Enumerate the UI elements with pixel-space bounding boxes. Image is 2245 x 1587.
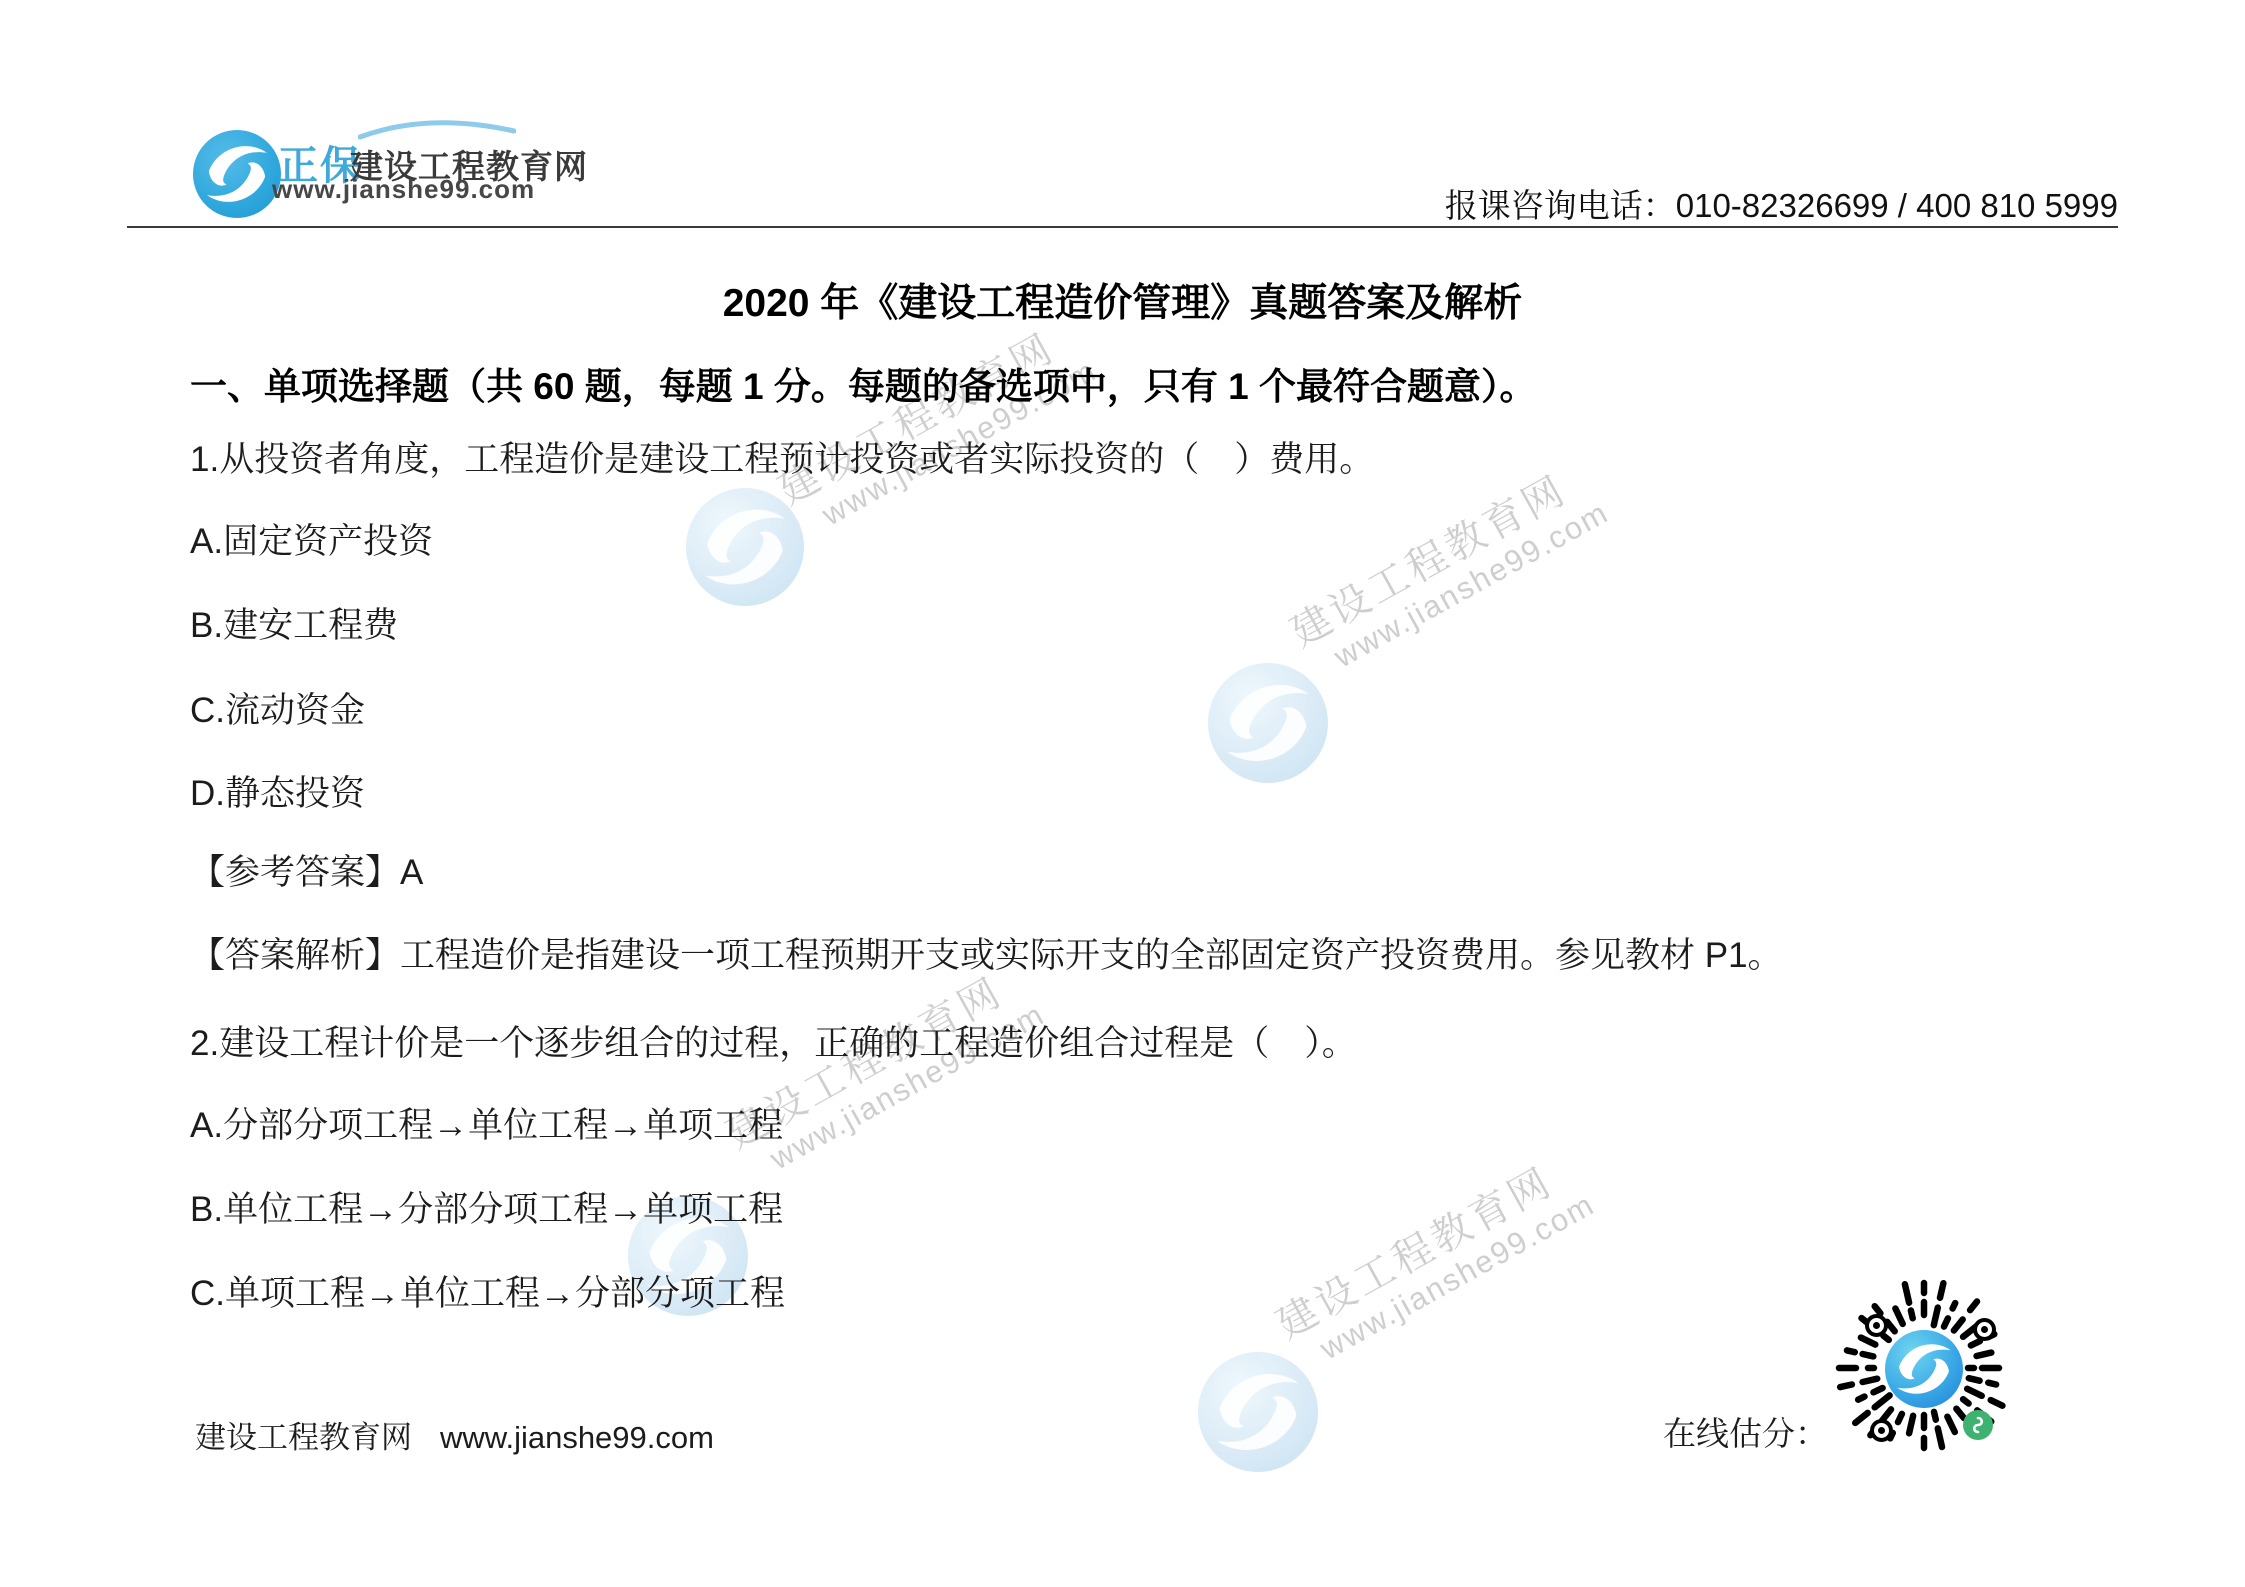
question-2-option-a: A.分部分项工程→单位工程→单项工程 bbox=[190, 1098, 783, 1148]
logo-swoosh-arc bbox=[358, 118, 516, 140]
footer-url-text: www.jianshe99.com bbox=[440, 1420, 714, 1455]
question-1-stem: 1.从投资者角度，工程造价是建设工程预计投资或者实际投资的（ ）费用。 bbox=[190, 432, 1374, 482]
question-2-stem: 2.建设工程计价是一个逐步组合的过程，正确的工程造价组合过程是（ ）。 bbox=[190, 1016, 1357, 1066]
qr-center-logo-icon bbox=[1885, 1330, 1963, 1408]
wechat-mini-program-icon bbox=[1963, 1410, 1993, 1440]
question-1-option-a: A.固定资产投资 bbox=[190, 514, 433, 564]
consult-phone-text: 报课咨询电话：010-82326699 / 400 810 5999 bbox=[1445, 180, 2118, 227]
document-page: 建设工程教育网 www.jianshe99.com 建设工程教育网 www.ji… bbox=[0, 0, 2245, 1587]
brand-logo-icon bbox=[193, 130, 281, 218]
qr-position-marker-icon bbox=[1870, 1419, 1893, 1442]
question-1-option-d: D.静态投资 bbox=[190, 766, 365, 816]
content-layer: 正保 建设工程教育网 www.jianshe99.com 报课咨询电话：010-… bbox=[0, 0, 2245, 1587]
question-1-option-c: C.流动资金 bbox=[190, 683, 365, 733]
footer-site-text: 建设工程教育网 bbox=[195, 1420, 412, 1455]
question-2-option-c: C.单项工程→单位工程→分部分项工程 bbox=[190, 1266, 785, 1316]
page-title: 2020 年《建设工程造价管理》真题答案及解析 bbox=[0, 272, 2245, 328]
footer-site-line: 建设工程教育网www.jianshe99.com bbox=[195, 1412, 714, 1457]
mini-program-qr-code bbox=[1835, 1276, 2015, 1466]
question-1-option-b: B.建安工程费 bbox=[190, 598, 398, 648]
logo-url-text: www.jianshe99.com bbox=[272, 174, 535, 205]
question-2-option-b: B.单位工程→分部分项工程→单项工程 bbox=[190, 1182, 783, 1232]
question-1-answer: 【参考答案】A bbox=[190, 845, 423, 895]
section-heading: 一、单项选择题（共 60 题，每题 1 分。每题的备选项中，只有 1 个最符合题… bbox=[190, 356, 1537, 410]
online-score-label: 在线估分： bbox=[1663, 1408, 1828, 1455]
qr-position-marker-icon bbox=[1973, 1318, 1996, 1341]
question-1-analysis: 【答案解析】工程造价是指建设一项工程预期开支或实际开支的全部固定资产投资费用。参… bbox=[190, 928, 1783, 978]
header-divider bbox=[127, 226, 2118, 228]
